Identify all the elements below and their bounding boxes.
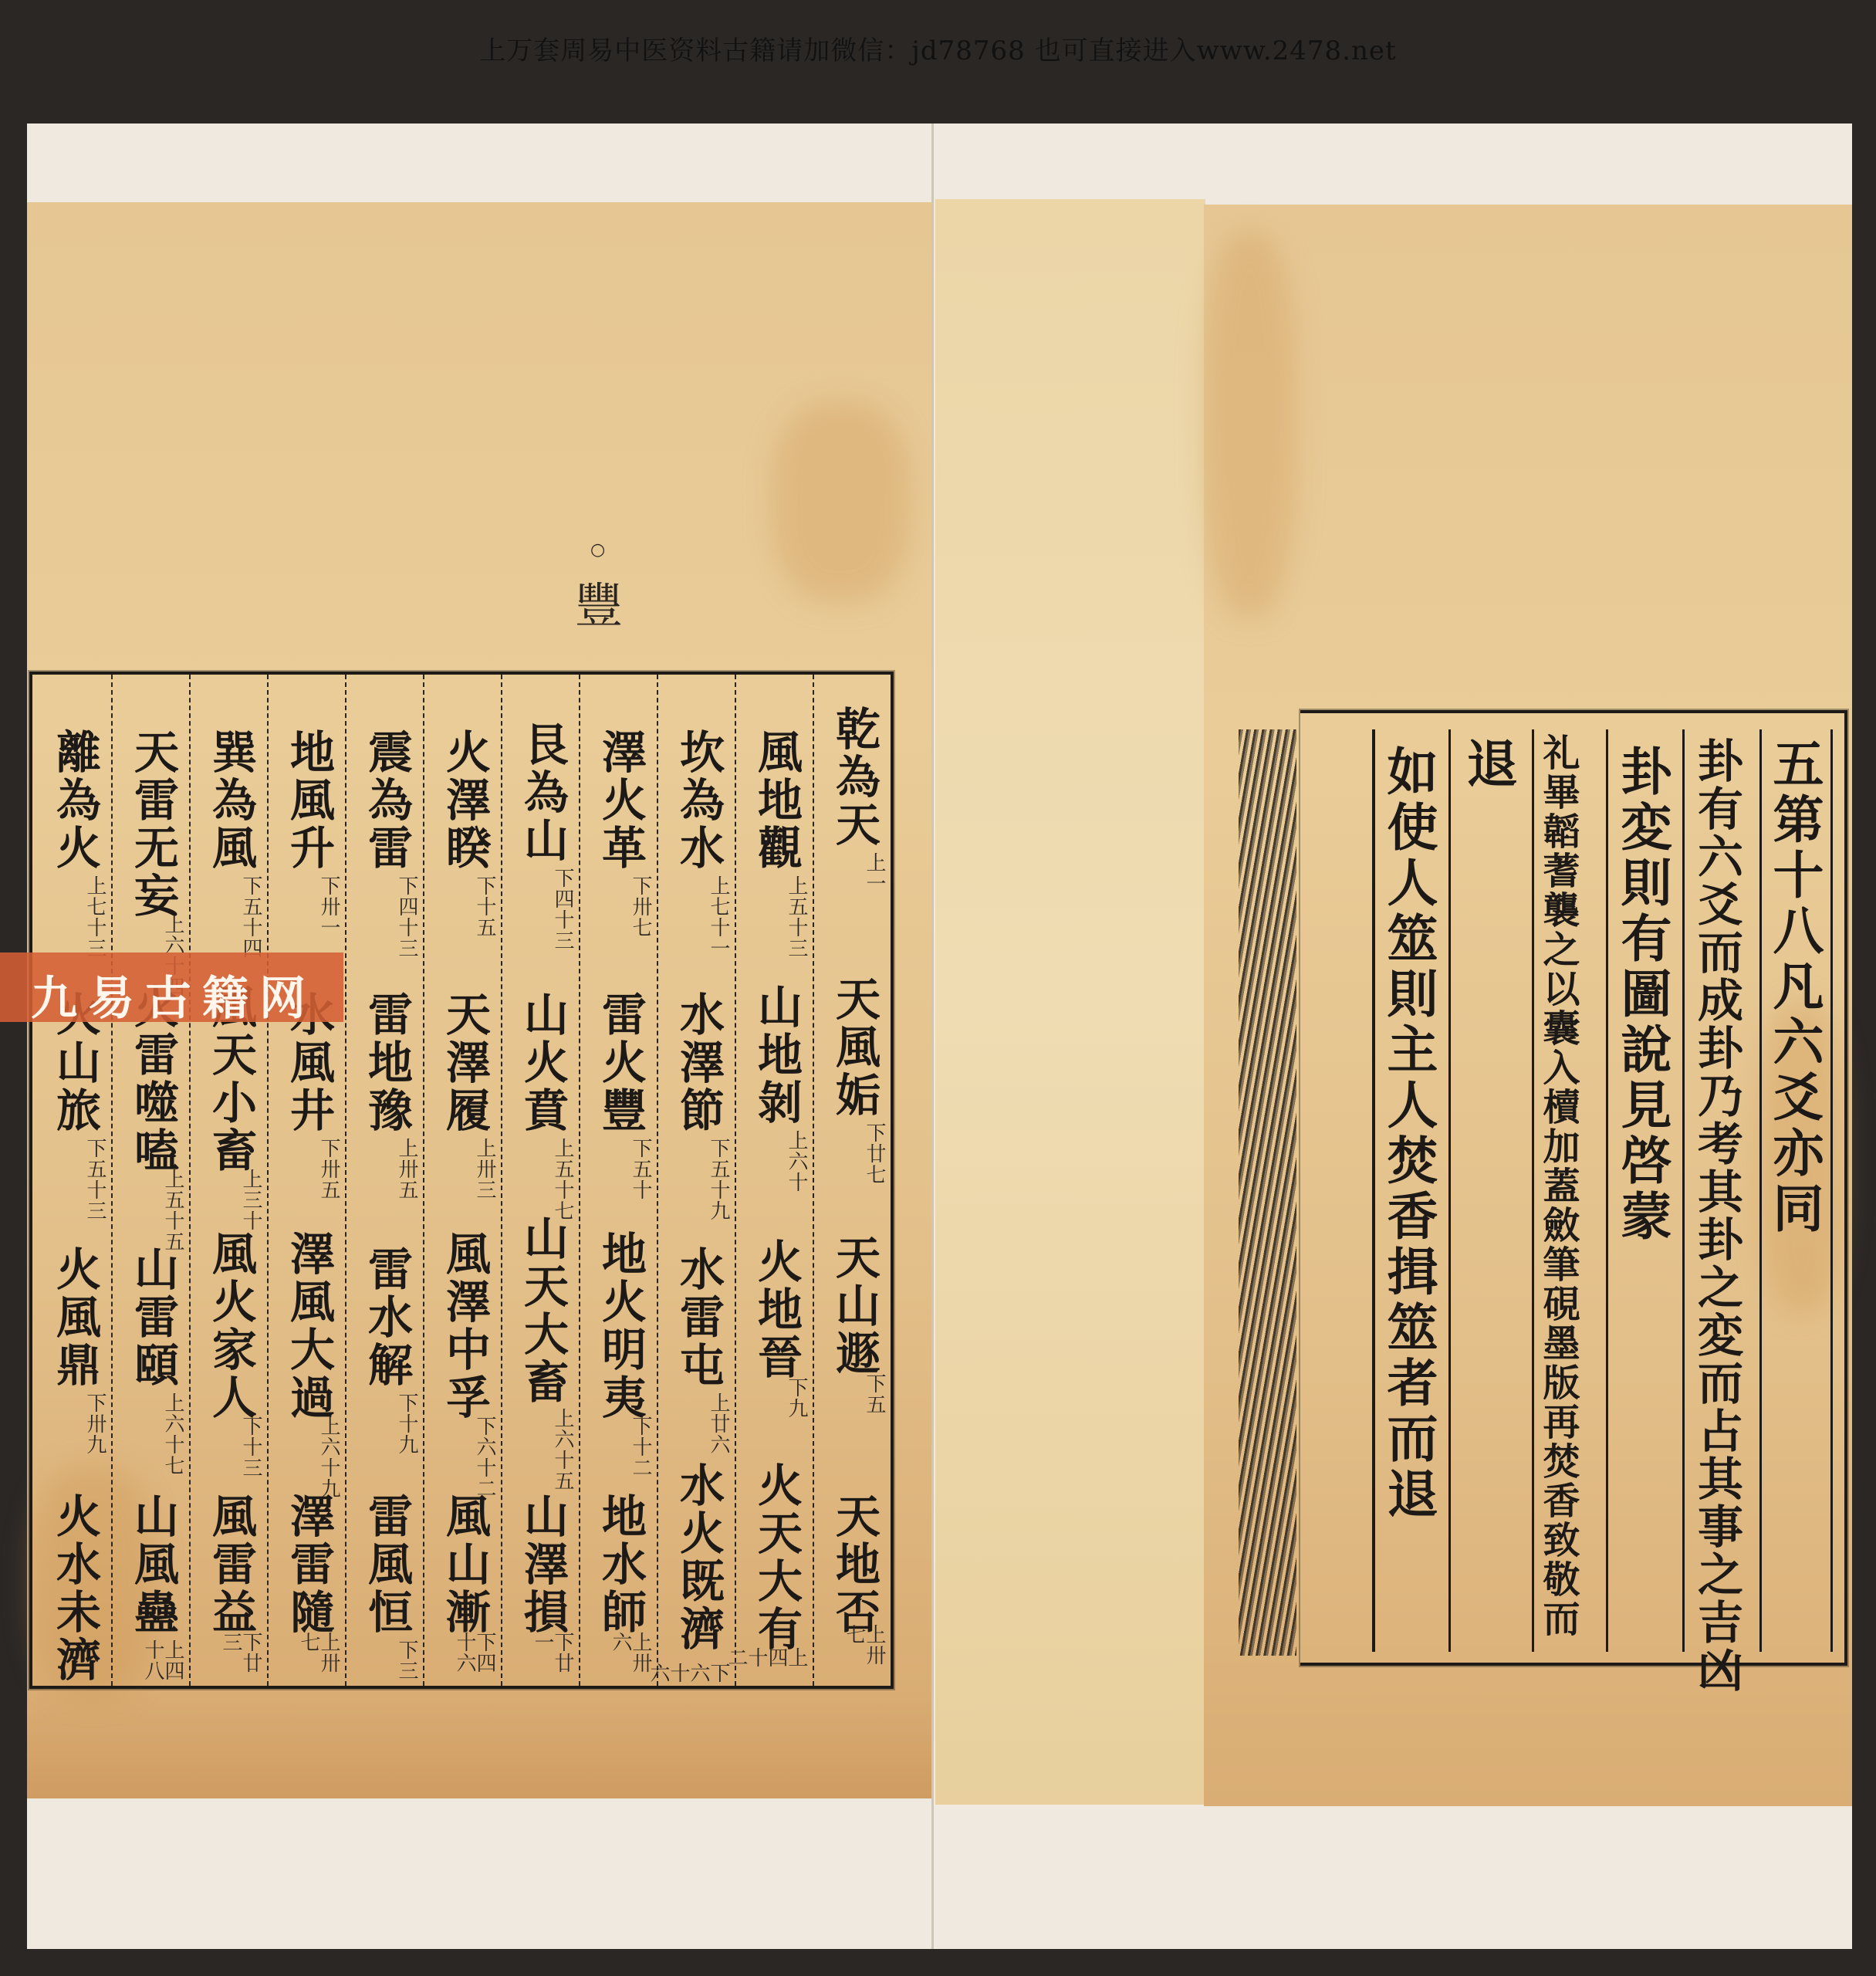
column-rule — [1682, 729, 1685, 1652]
hexagram-name: 雷火豐 — [598, 991, 643, 1135]
torn-border-edge — [1239, 729, 1296, 1656]
hexagram-name: 雷水解 — [364, 1246, 409, 1389]
hexagram-page-ref: 上六十七 — [163, 1392, 183, 1476]
hexagram-page-ref: 下五十 — [630, 1138, 651, 1200]
hexagram-page-ref: 上卅七 — [844, 1624, 884, 1686]
hexagram-page-ref: 上卅五 — [397, 1138, 417, 1200]
column-rule — [1759, 729, 1762, 1652]
hexagram-page-ref: 上卅六 — [610, 1632, 651, 1686]
hexagram-page-ref: 下六十六 — [648, 1663, 728, 1686]
book-spine — [931, 123, 934, 1949]
hexagram-name: 水澤節 — [676, 991, 721, 1135]
hexagram-page-ref: 下六十二 — [475, 1416, 495, 1499]
hexagram-page-ref: 上卅三 — [475, 1138, 495, 1200]
hexagram-name: 天澤履 — [442, 991, 487, 1135]
hexagram-page-ref: 下廿三 — [221, 1632, 261, 1686]
watermark-stamp-text: 九易古籍网 — [31, 962, 316, 1028]
hexagram-page-ref: 上七十一 — [708, 875, 728, 959]
table-columns: 乾為天 上一 天風姤 下廿七 天山遯 下五 天地否 上卅七 風地觀 上五十三 山… — [32, 675, 891, 1686]
hexagram-page-ref: 下廿七 — [864, 1122, 884, 1185]
watermark-stamp: 九易古籍网 — [0, 952, 343, 1022]
table-column: 地風升 下卅一 水風井 下卅五 澤風大過 上六十九 澤雷隨 上卅七 — [267, 675, 345, 1686]
stain — [772, 401, 911, 602]
hexagram-page-ref: 下五十三 — [85, 1138, 105, 1221]
table-column: 坎為水 上七十一 水澤節 下五十九 水雷屯 上廿六 水火既濟 下六十六 — [657, 675, 735, 1686]
hexagram-page-ref: 下廿一 — [532, 1632, 573, 1686]
hexagram-page-ref: 下卅一 — [319, 875, 339, 938]
hexagram-name: 天山遯 — [832, 1234, 877, 1378]
hexagram-name: 天雷无妄 — [130, 729, 175, 920]
hexagram-name: 山風蠱 — [130, 1493, 175, 1636]
hexagram-name: 火澤睽 — [442, 729, 487, 872]
table-column: 乾為天 上一 天風姤 下廿七 天山遯 下五 天地否 上卅七 — [813, 675, 891, 1686]
hexagram-page-ref: 下十二 — [630, 1416, 651, 1478]
hexagram-name: 火天大有 — [754, 1462, 799, 1653]
background-shadow — [0, 1949, 1876, 1976]
hexagram-name: 震為雷 — [364, 729, 409, 872]
hexagram-page-ref: 下五十九 — [708, 1138, 728, 1221]
table-column: 巽為風 下五十四 風天小畜 上三十 風火家人 下十三 風雷益 下廿三 — [189, 675, 267, 1686]
hexagram-name: 山澤損 — [520, 1493, 565, 1636]
hexagram-page-ref: 上六十九 — [319, 1416, 339, 1499]
hexagram-name: 水雷屯 — [676, 1246, 721, 1389]
table-column: 天雷无妄 上六十四 火雷噬嗑 上五十五 山雷頤 上六十七 山風蠱 上四十八 — [111, 675, 189, 1686]
hexagram-page-ref: 上一 — [864, 852, 884, 894]
hexagram-name: 地風升 — [286, 729, 331, 872]
text-column: 五第十八凡六爻亦同 — [1769, 737, 1820, 1237]
hexagram-name: 天風姤 — [832, 976, 877, 1119]
text-column: 退 — [1462, 737, 1513, 793]
hexagram-name: 風山漸 — [442, 1493, 487, 1636]
hexagram-name: 地水師 — [598, 1493, 643, 1636]
column-rule — [1532, 729, 1534, 1652]
hexagram-page-ref: 上五十五 — [163, 1169, 183, 1252]
hexagram-name: 山雷頤 — [130, 1246, 175, 1389]
hexagram-name: 雷地豫 — [364, 991, 409, 1135]
hexagram-page-ref: 下四十三 — [553, 868, 573, 951]
page-header-char: 豐 — [575, 567, 623, 636]
hexagram-page-ref: 上三十 — [241, 1169, 261, 1231]
table-column: 火澤睽 下十五 天澤履 上卅三 風澤中孚 下六十二 風山漸 下四十六 — [423, 675, 501, 1686]
hexagram-name: 水火既濟 — [676, 1462, 721, 1653]
hexagram-name: 火風鼎 — [52, 1246, 97, 1389]
hexagram-name: 地火明夷 — [598, 1230, 643, 1422]
hexagram-page-ref: 下十三 — [241, 1416, 261, 1478]
left-page-paper-lower — [27, 1690, 934, 1798]
hexagram-page-ref: 下卅五 — [319, 1138, 339, 1200]
hexagram-table: 乾為天 上一 天風姤 下廿七 天山遯 下五 天地否 上卅七 風地觀 上五十三 山… — [29, 672, 894, 1689]
table-column: 艮為山 下四十三 山火賁 上五十七 山天大畜 上六十五 山澤損 下廿一 — [501, 675, 579, 1686]
hexagram-name: 風火家人 — [208, 1230, 253, 1422]
table-column: 震為雷 下四十三 雷地豫 上卅五 雷水解 下十九 雷風恒 下三 — [345, 675, 423, 1686]
hexagram-page-ref: 上五十七 — [553, 1138, 573, 1221]
text-column: 卦有六爻而成卦乃考其卦之変而占其事之吉凶 — [1694, 737, 1739, 1694]
column-rule — [1372, 729, 1375, 1652]
hexagram-page-ref: 上四十二 — [726, 1647, 806, 1686]
stain — [1204, 232, 1296, 617]
watermark-banner: 上万套周易中医资料古籍请加微信：jd78768 也可直接进入www.2478.n… — [0, 29, 1876, 67]
hexagram-name: 風雷益 — [208, 1493, 253, 1636]
hexagram-name: 火水未濟 — [52, 1493, 97, 1684]
hexagram-page-ref: 上六十五 — [553, 1408, 573, 1491]
hexagram-page-ref: 下三 — [397, 1639, 417, 1681]
hexagram-page-ref: 下九 — [786, 1377, 806, 1419]
hexagram-name: 艮為山 — [520, 721, 565, 864]
column-rule — [1448, 729, 1451, 1652]
hexagram-name: 火地晉 — [754, 1238, 799, 1382]
text-column: 卦変則有圖說見啓蒙 — [1617, 745, 1668, 1245]
hexagram-page-ref: 上七十三 — [85, 875, 105, 959]
header-mark: ○ — [590, 540, 605, 560]
hexagram-name: 離為火 — [52, 729, 97, 872]
hexagram-page-ref: 下十五 — [475, 875, 495, 938]
hexagram-name: 天地否 — [832, 1493, 877, 1636]
hexagram-page-ref: 下五十四 — [241, 875, 261, 959]
hexagram-page-ref: 上六十 — [786, 1130, 806, 1193]
hexagram-page-ref: 下四十六 — [455, 1632, 495, 1686]
hexagram-name: 澤雷隨 — [286, 1493, 331, 1636]
hexagram-name: 澤風大過 — [286, 1230, 331, 1422]
hexagram-page-ref: 上四十八 — [143, 1639, 183, 1686]
hexagram-page-ref: 上廿六 — [708, 1392, 728, 1455]
hexagram-page-ref: 下四十三 — [397, 875, 417, 959]
hexagram-name: 澤火革 — [598, 729, 643, 872]
hexagram-page-ref: 下卅九 — [85, 1392, 105, 1455]
column-rule — [1830, 729, 1833, 1652]
hexagram-name: 山地剝 — [754, 983, 799, 1127]
table-column: 澤火革 下卅七 雷火豐 下五十 地火明夷 下十二 地水師 上卅六 — [579, 675, 657, 1686]
text-column: 礼畢韜蓍襲之以囊入櫝加蓋斂筆硯墨版再焚香致敬而 — [1540, 733, 1577, 1639]
text-column: 如使人筮則主人焚香揖筮者而退 — [1383, 745, 1434, 1523]
hexagram-name: 山天大畜 — [520, 1215, 565, 1406]
hexagram-page-ref: 上五十三 — [786, 875, 806, 959]
hexagram-name: 風澤中孚 — [442, 1230, 487, 1422]
hexagram-name: 乾為天 — [832, 705, 877, 849]
hexagram-page-ref: 上卅七 — [299, 1632, 339, 1686]
hexagram-page-ref: 下卅七 — [630, 875, 651, 938]
hexagram-name: 巽為風 — [208, 729, 253, 872]
table-column: 離為火 上七十三 火山旅 下五十三 火風鼎 下卅九 火水未濟 — [32, 675, 111, 1686]
hexagram-page-ref: 下五 — [864, 1373, 884, 1415]
hexagram-name: 雷風恒 — [364, 1493, 409, 1636]
hexagram-name: 山火賁 — [520, 991, 565, 1135]
spine-strip — [935, 199, 1205, 1805]
hexagram-page-ref: 下十九 — [397, 1392, 417, 1455]
hexagram-name: 坎為水 — [676, 729, 721, 872]
table-column: 風地觀 上五十三 山地剝 上六十 火地晉 下九 火天大有 上四十二 — [735, 675, 813, 1686]
column-rule — [1606, 729, 1608, 1652]
hexagram-name: 風地觀 — [754, 729, 799, 872]
